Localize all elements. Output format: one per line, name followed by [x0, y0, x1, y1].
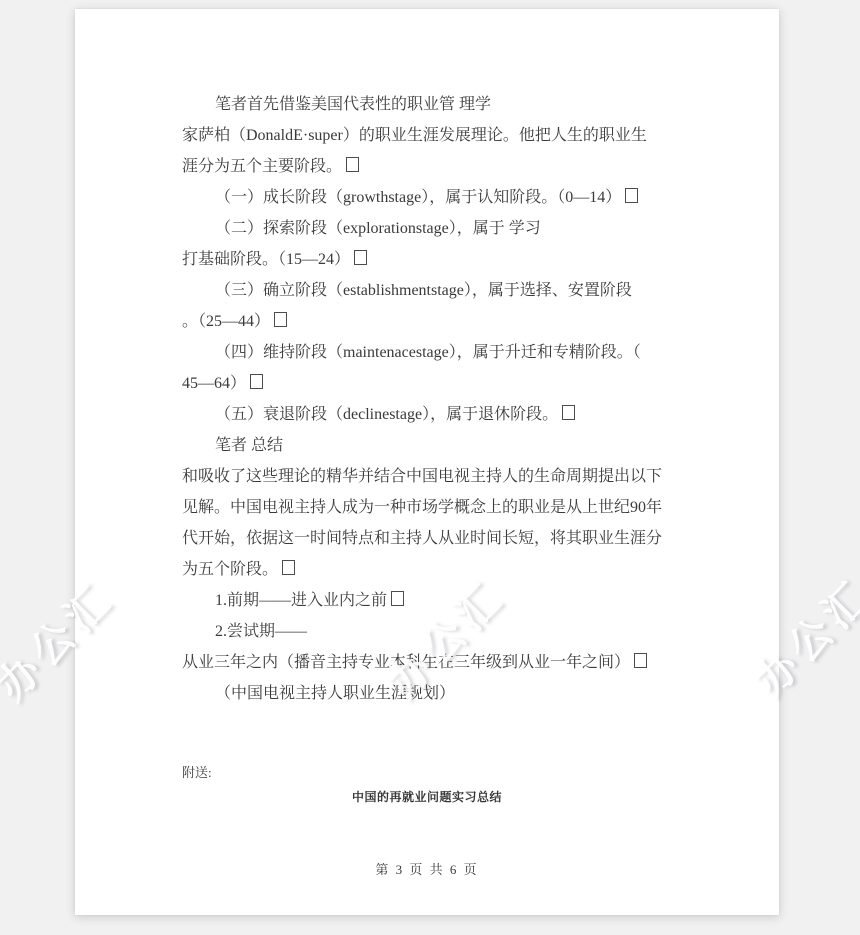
- missing-glyph-box: [354, 250, 367, 265]
- line-text: 见解。中国电视主持人成为一种市场学概念上的职业是从上世纪90年: [182, 499, 662, 516]
- text-line: 和吸收了这些理论的精华并结合中国电视主持人的生命周期提出以下: [182, 461, 662, 492]
- text-line: 为五个阶段。: [182, 554, 662, 585]
- line-text: 。（25—44）: [182, 313, 270, 330]
- attachment-title: 中国的再就业问题实习总结: [75, 788, 779, 805]
- document-lines: 笔者首先借鉴美国代表性的职业管 理学家萨柏（DonaldE·super）的职业生…: [182, 89, 662, 709]
- attachment-label: 附送:: [182, 762, 212, 781]
- document-page: 笔者首先借鉴美国代表性的职业管 理学家萨柏（DonaldE·super）的职业生…: [75, 9, 779, 915]
- line-text: 涯分为五个主要阶段。: [182, 158, 342, 175]
- text-line: （中国电视主持人职业生涯规划）: [182, 678, 662, 709]
- text-line: （二）探索阶段（explorationstage），属于 学习: [182, 213, 662, 244]
- line-text: （一）成长阶段（growthstage），属于认知阶段。（0—14）: [215, 189, 621, 206]
- line-text: 和吸收了这些理论的精华并结合中国电视主持人的生命周期提出以下: [182, 468, 662, 485]
- line-text: 打基础阶段。（15—24）: [182, 251, 350, 268]
- line-text: 45—64）: [182, 375, 246, 392]
- missing-glyph-box: [282, 560, 295, 575]
- text-line: 涯分为五个主要阶段。: [182, 151, 662, 182]
- text-line: 家萨柏（DonaldE·super）的职业生涯发展理论。他把人生的职业生: [182, 120, 662, 151]
- page-number-footer: 第 3 页 共 6 页: [75, 859, 779, 878]
- text-line: （四）维持阶段（maintenacestage），属于升迁和专精阶段。（: [182, 337, 662, 368]
- line-text: 代开始，依据这一时间特点和主持人从业时间长短，将其职业生涯分: [182, 530, 662, 547]
- missing-glyph-box: [250, 374, 263, 389]
- line-text: 2.尝试期——: [215, 623, 307, 640]
- line-text: 为五个阶段。: [182, 561, 278, 578]
- text-line: （五）衰退阶段（declinestage），属于退休阶段。: [182, 399, 662, 430]
- line-text: 1.前期——进入业内之前: [215, 592, 387, 609]
- viewer-canvas: 办公汇 办公汇 办公汇 笔者首先借鉴美国代表性的职业管 理学家萨柏（Donald…: [0, 0, 860, 935]
- line-text: 笔者首先借鉴美国代表性的职业管 理学: [215, 96, 491, 113]
- text-line: 45—64）: [182, 368, 662, 399]
- line-text: 家萨柏（DonaldE·super）的职业生涯发展理论。他把人生的职业生: [182, 127, 647, 144]
- text-line: 见解。中国电视主持人成为一种市场学概念上的职业是从上世纪90年: [182, 492, 662, 523]
- line-text: （五）衰退阶段（declinestage），属于退休阶段。: [215, 406, 558, 423]
- line-text: 笔者 总结: [215, 437, 283, 454]
- line-text: 从业三年之内（播音主持专业本科生在三年级到从业一年之间）: [182, 654, 630, 671]
- line-text: （三）确立阶段（establishmentstage），属于选择、安置阶段: [215, 282, 632, 299]
- missing-glyph-box: [346, 157, 359, 172]
- missing-glyph-box: [634, 653, 647, 668]
- text-line: 代开始，依据这一时间特点和主持人从业时间长短，将其职业生涯分: [182, 523, 662, 554]
- text-line: 笔者首先借鉴美国代表性的职业管 理学: [182, 89, 662, 120]
- text-line: 打基础阶段。（15—24）: [182, 244, 662, 275]
- text-line: 1.前期——进入业内之前: [182, 585, 662, 616]
- missing-glyph-box: [625, 188, 638, 203]
- line-text: （二）探索阶段（explorationstage），属于 学习: [215, 220, 541, 237]
- line-text: （四）维持阶段（maintenacestage），属于升迁和专精阶段。（: [215, 344, 641, 361]
- missing-glyph-box: [391, 591, 404, 606]
- text-line: 从业三年之内（播音主持专业本科生在三年级到从业一年之间）: [182, 647, 662, 678]
- text-line: 。（25—44）: [182, 306, 662, 337]
- missing-glyph-box: [562, 405, 575, 420]
- line-text: （中国电视主持人职业生涯规划）: [215, 685, 455, 702]
- text-line: （三）确立阶段（establishmentstage），属于选择、安置阶段: [182, 275, 662, 306]
- text-line: 笔者 总结: [182, 430, 662, 461]
- missing-glyph-box: [274, 312, 287, 327]
- text-line: （一）成长阶段（growthstage），属于认知阶段。（0—14）: [182, 182, 662, 213]
- text-line: 2.尝试期——: [182, 616, 662, 647]
